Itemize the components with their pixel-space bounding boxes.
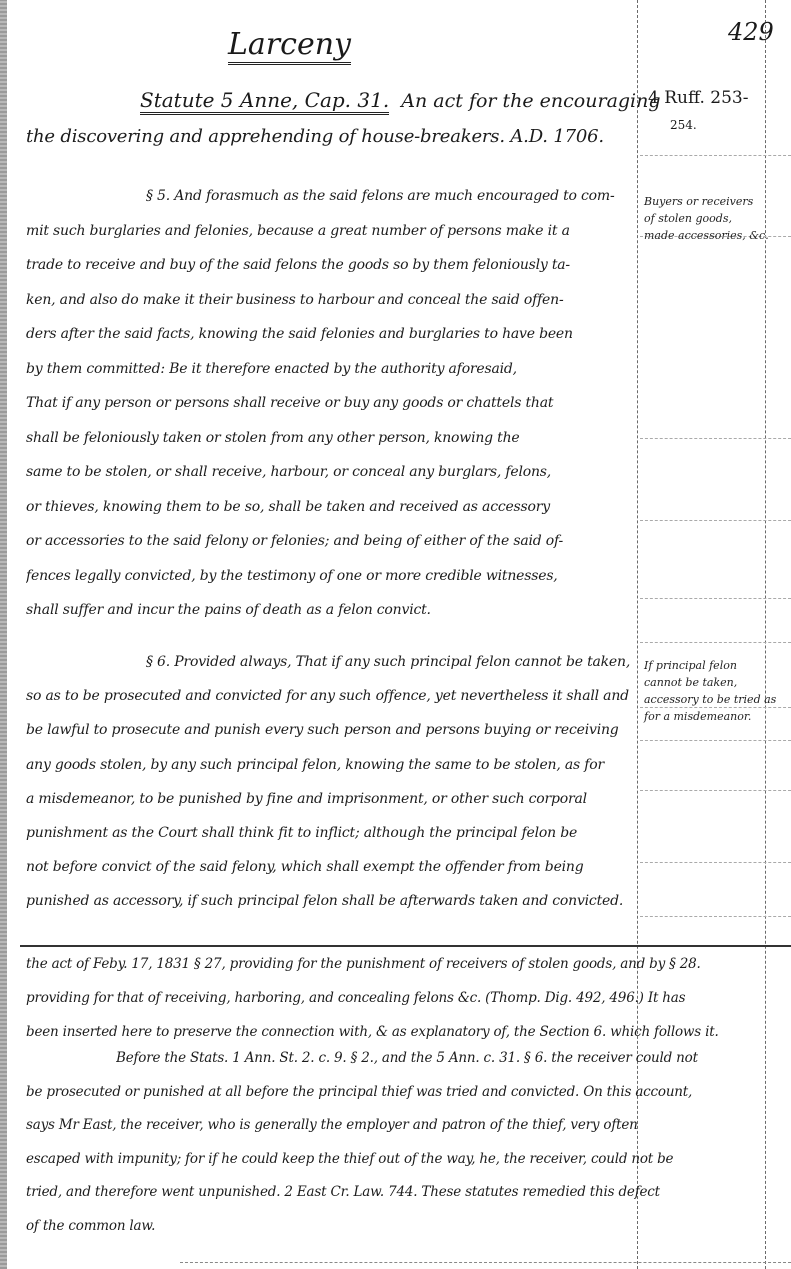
statute-intro-continued: the discovering and apprehending of hous…: [26, 126, 604, 147]
text-line: punishment as the Court shall think fit …: [26, 825, 632, 841]
text-line: a misdemeanor, to be punished by fine an…: [26, 791, 632, 807]
text-line: says Mr East, the receiver, who is gener…: [26, 1117, 766, 1133]
text-line: ders after the said facts, knowing the s…: [26, 326, 632, 342]
text-line: been inserted here to preserve the conne…: [26, 1024, 766, 1040]
text-line: § 5. And forasmuch as the said felons ar…: [146, 188, 632, 204]
margin-column-rule: [637, 0, 638, 1269]
ruled-line: [640, 790, 791, 791]
ruled-line: [640, 740, 791, 741]
scan-edge-strip: [0, 0, 7, 1269]
text-line: If principal felon: [644, 658, 737, 673]
text-line: providing for that of receiving, harbori…: [26, 990, 766, 1006]
ruled-line: [640, 916, 791, 917]
text-line: or accessories to the said felony or fel…: [26, 533, 632, 549]
ruled-line: [640, 598, 791, 599]
margin-reference: 4 Ruff. 253-: [648, 88, 748, 108]
text-line: same to be stolen, or shall receive, har…: [26, 464, 632, 480]
text-line: ken, and also do make it their business …: [26, 292, 632, 308]
text-line: not before convict of the said felony, w…: [26, 859, 632, 875]
text-line: accessory to be tried as: [644, 692, 776, 707]
ruled-line: [640, 520, 791, 521]
section-divider-rule: [20, 945, 791, 947]
text-line: trade to receive and buy of the said fel…: [26, 257, 632, 273]
text-line: escaped with impunity; for if he could k…: [26, 1151, 766, 1167]
text-line: be lawful to prosecute and punish every …: [26, 722, 632, 738]
page-number: 429: [728, 18, 774, 46]
text-line: of the common law.: [26, 1218, 766, 1234]
text-line: tried, and therefore went unpunished. 2 …: [26, 1184, 766, 1200]
text-line: by them committed: Be it therefore enact…: [26, 361, 632, 377]
ruled-line: [640, 862, 791, 863]
ruled-line: [640, 438, 791, 439]
text-line: any goods stolen, by any such principal …: [26, 757, 632, 773]
text-line: made accessories, &c.: [644, 228, 769, 243]
margin-reference-continued: 254.: [670, 118, 697, 132]
text-line: the act of Feby. 17, 1831 § 27, providin…: [26, 956, 766, 972]
text-line: Before the Stats. 1 Ann. St. 2. c. 9. § …: [116, 1050, 766, 1066]
text-line: be prosecuted or punished at all before …: [26, 1084, 766, 1100]
statute-citation: Statute 5 Anne, Cap. 31.: [140, 88, 389, 115]
text-line: of stolen goods,: [644, 211, 732, 226]
text-line: § 6. Provided always, That if any such p…: [146, 654, 632, 670]
text-line: shall be feloniously taken or stolen fro…: [26, 430, 632, 446]
text-line: or thieves, knowing them to be so, shall…: [26, 499, 632, 515]
statute-heading: Statute 5 Anne, Cap. 31. An act for the …: [140, 88, 661, 112]
text-line: for a misdemeanor.: [644, 709, 751, 724]
ruled-line: [640, 155, 791, 156]
text-line: Buyers or receivers: [644, 194, 753, 209]
text-line: punished as accessory, if such principal…: [26, 893, 632, 909]
bottom-rule: [180, 1262, 791, 1263]
text-line: fences legally convicted, by the testimo…: [26, 568, 632, 584]
text-line: mit such burglaries and felonies, becaus…: [26, 223, 632, 239]
text-line: shall suffer and incur the pains of deat…: [26, 602, 632, 618]
text-line: cannot be taken,: [644, 675, 737, 690]
ruled-line: [640, 707, 791, 708]
outer-column-rule: [765, 0, 766, 1269]
page-heading: Larceny: [228, 28, 351, 65]
ruled-line: [640, 642, 791, 643]
text-line: That if any person or persons shall rece…: [26, 395, 632, 411]
text-line: so as to be prosecuted and convicted for…: [26, 688, 632, 704]
statute-intro: An act for the encouraging: [401, 90, 660, 112]
